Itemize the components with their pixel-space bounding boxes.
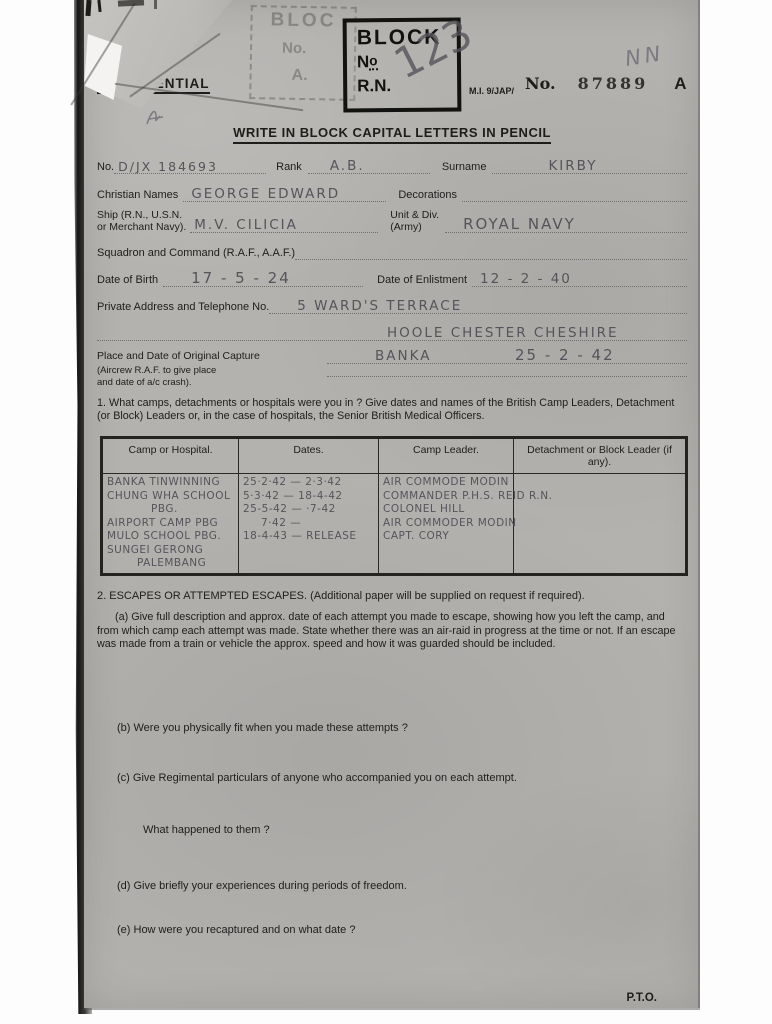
capture-field-line2 [327, 364, 687, 377]
decorations-field [462, 185, 687, 202]
address-field-line2: HOOLE CHESTER CHESHIRE [97, 324, 687, 341]
camp-column: BANKA TINWINNING CHUNG WHA SCHOOL PBG. A… [102, 474, 239, 575]
christian-names-label: Christian Names [97, 189, 178, 202]
capture-label: Place and Date of Original Capture [97, 350, 327, 363]
question-2-heading: 2. ESCAPES OR ATTEMPTED ESCAPES. (Additi… [97, 590, 687, 602]
dates-entry: 5·3·42 — 18-4-42 [239, 490, 378, 504]
date-of-birth-label: Date of Birth [97, 274, 158, 287]
question-2e-text: (e) How were you recaptured and on what … [97, 924, 687, 936]
camp-entry: PALEMBANG [103, 557, 238, 571]
camp-entry: SUNGEI GERONG [103, 544, 238, 558]
capture-note: (Aircrew R.A.F. to give place and date o… [97, 365, 327, 388]
top-edge-marks [84, 0, 204, 20]
address-label: Private Address and Telephone No. [97, 301, 269, 314]
camp-entry: AIRPORT CAMP PBG [103, 517, 238, 531]
dates-column: 25·2·42 — 2·3·42 5·3·42 — 18-4-42 25-5-4… [239, 474, 379, 575]
date-of-birth-value: 17 - 5 - 24 [191, 269, 291, 287]
pto-footer: P.T.O. [97, 992, 687, 1004]
unit-value: ROYAL NAVY [463, 215, 576, 233]
decorations-label: Decorations [398, 189, 457, 202]
camp-entry: BANKA TINWINNING [103, 476, 238, 490]
question-2c-text: (c) Give Regimental particulars of anyon… [97, 772, 687, 784]
service-no-label: No. [97, 161, 114, 174]
serial-no-label: No. [525, 74, 556, 93]
address-value-line1: 5 WARD'S TERRACE [297, 298, 462, 314]
col-header-detachment: Detachment or Block Leader (if any). [514, 438, 687, 474]
serial-number: 87889 [578, 74, 649, 93]
question-2b-text: (b) Were you physically fit when you mad… [97, 722, 687, 734]
capture-date-value: 25 - 2 - 42 [515, 346, 615, 364]
capture-place-value: BANKA [375, 348, 431, 364]
camps-table: Camp or Hospital. Dates. Camp Leader. De… [100, 436, 688, 576]
date-of-enlistment-label: Date of Enlistment [377, 274, 467, 287]
surname-value: KIRBY [548, 158, 597, 174]
camps-table-header-row: Camp or Hospital. Dates. Camp Leader. De… [102, 438, 687, 474]
leader-column: AIR COMMODE MODIN COMMANDER P.H.S. REID … [379, 474, 514, 575]
question-1-text: 1. What camps, detachments or hospitals … [97, 397, 687, 423]
detachment-column [514, 474, 687, 575]
christian-names-field: GEORGE EDWARD [183, 185, 386, 202]
squadron-field [295, 243, 687, 260]
serial-number-group: No.87889A [525, 74, 687, 94]
surname-label: Surname [442, 161, 487, 174]
surname-field: KIRBY [492, 157, 687, 174]
camp-entry: MULO SCHOOL PBG. [103, 530, 238, 544]
dates-entry: 25-5-42 — ·7-42 [239, 503, 378, 517]
christian-names-value: GEORGE EDWARD [191, 186, 340, 202]
service-no-field: D/JX 184693 [114, 157, 266, 174]
rank-label: Rank [276, 161, 302, 174]
leader-entry: COMMANDER P.H.S. REID R.N. [379, 490, 513, 504]
mi9-reference: M.I. 9/JAP/ [469, 86, 514, 96]
col-header-leader: Camp Leader. [379, 438, 514, 474]
ship-value: M.V. CILICIA [194, 217, 298, 233]
unit-label: Unit & Div. (Army) [390, 210, 439, 233]
form-instruction: WRITE IN BLOCK CAPITAL LETTERS IN PENCIL [233, 125, 551, 144]
rank-value: A.B. [330, 158, 365, 174]
capture-field: BANKA 25 - 2 - 42 [327, 350, 687, 364]
camp-entry: PBG. [103, 503, 238, 517]
leader-entry: AIR COMMODER MODIN [379, 517, 513, 531]
camp-entry: CHUNG WHA SCHOOL [103, 490, 238, 504]
question-2c-followup-text: What happened to them ? [97, 824, 687, 836]
ship-field: M.V. CILICIA [190, 216, 378, 233]
address-field-line1: 5 WARD'S TERRACE [269, 297, 687, 314]
ship-label: Ship (R.N., U.S.N. or Merchant Navy). [97, 210, 186, 233]
serial-series-letter: A [674, 74, 686, 93]
dates-entry: 18-4-43 — RELEASE [239, 530, 378, 544]
col-header-dates: Dates. [239, 438, 379, 474]
date-of-birth-field: 17 - 5 - 24 [163, 270, 363, 287]
dates-entry: 7·42 — [239, 517, 378, 531]
squadron-label: Squadron and Command (R.A.F., A.A.F.) [97, 247, 295, 260]
date-of-enlistment-field: 12 - 2 - 40 [472, 270, 687, 287]
date-of-enlistment-value: 12 - 2 - 40 [480, 271, 572, 287]
leader-entry: COLONEL HILL [379, 503, 513, 517]
pencil-scribble [143, 106, 169, 128]
address-value-line2: HOOLE CHESTER CHESHIRE [387, 325, 619, 341]
leader-entry: CAPT. CORY [379, 530, 513, 544]
service-no-value: D/JX 184693 [118, 159, 218, 174]
question-2d-text: (d) Give briefly your experiences during… [97, 880, 687, 892]
col-header-camp: Camp or Hospital. [102, 438, 239, 474]
unit-field: ROYAL NAVY [445, 216, 687, 233]
faded-block-stamp: BLOC No. A. [249, 5, 357, 101]
leader-entry: AIR COMMODE MODIN [379, 476, 513, 490]
camps-table-body-row: BANKA TINWINNING CHUNG WHA SCHOOL PBG. A… [102, 474, 687, 575]
question-2a-text: (a) Give full description and approx. da… [97, 611, 687, 652]
rank-field: A.B. [308, 157, 430, 174]
scanned-form-page: CONFIDENTIAL BLOC No. A. BLOCK No R.N. 1… [84, 0, 700, 1008]
pencil-initials: NN [623, 41, 666, 71]
dates-entry: 25·2·42 — 2·3·42 [239, 476, 378, 490]
